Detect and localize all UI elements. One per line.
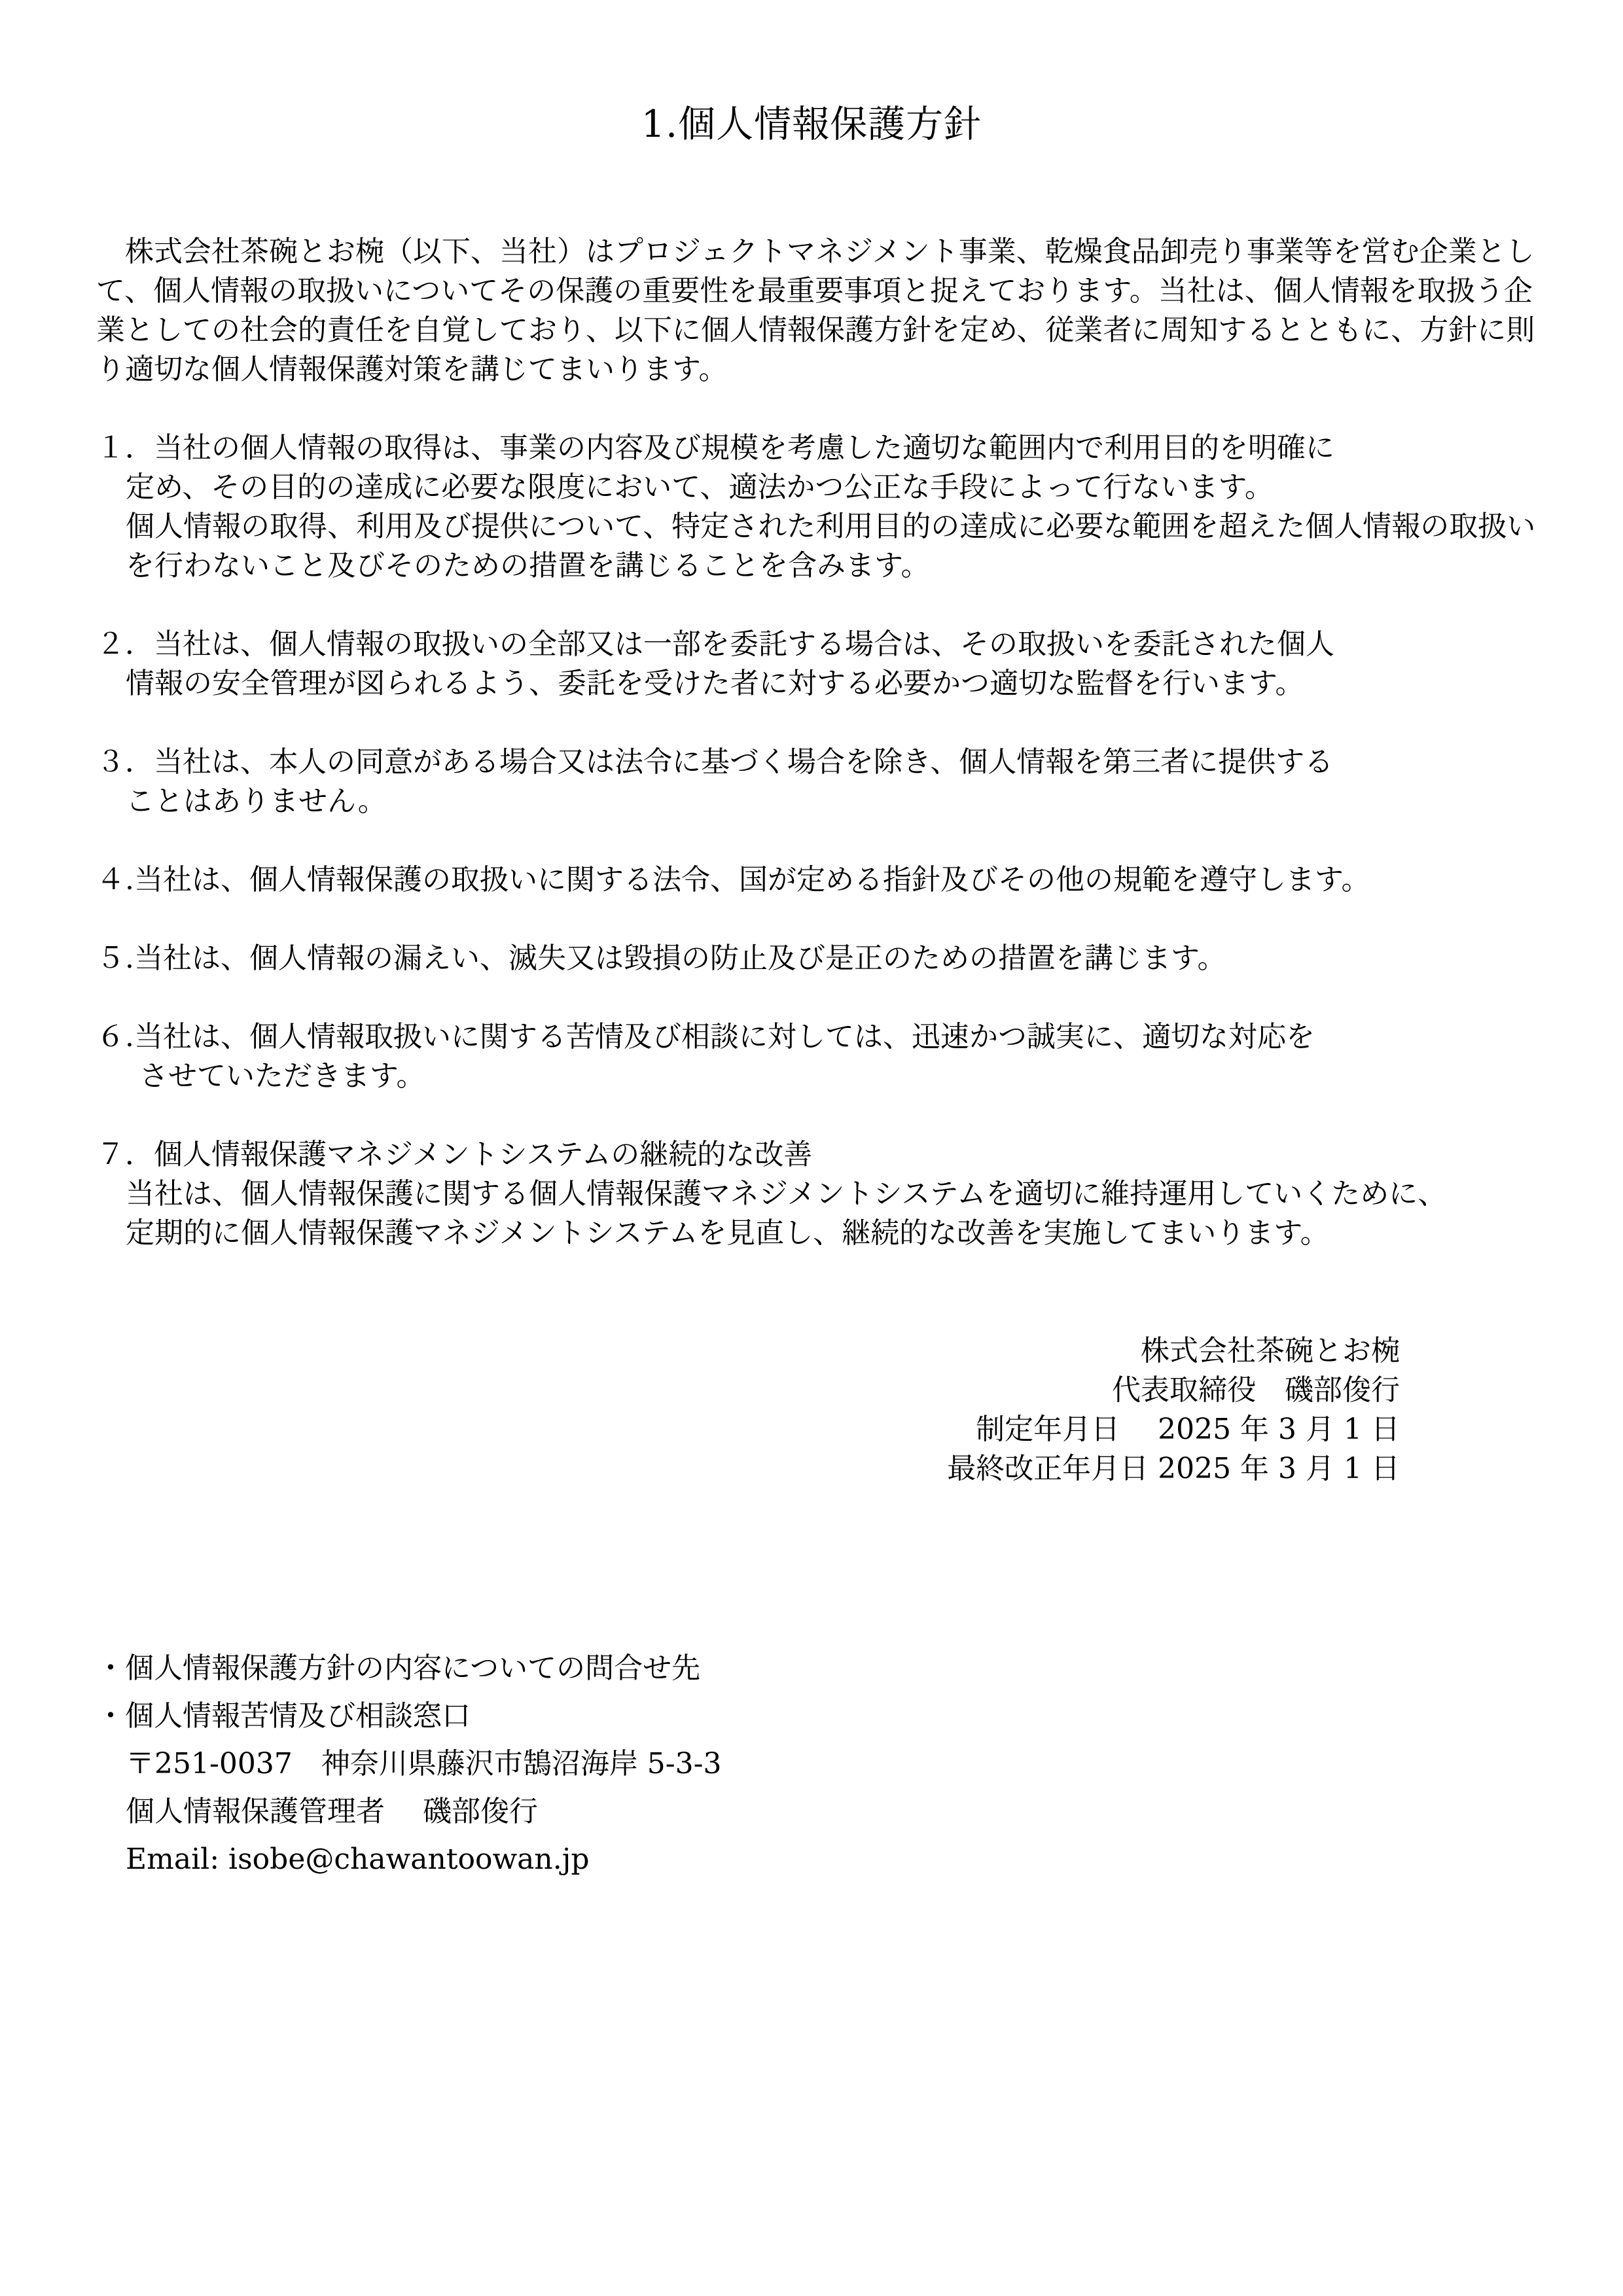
intro-line-1: 株式会社茶碗とお椀（以下、当社）はプロジェクトマネジメント事業、乾燥食品卸売り事… xyxy=(96,232,1538,272)
policy-item-1: １．当社の個人情報の取得は、事業の内容及び規模を考慮した適切な範囲内で利用目的を… xyxy=(96,429,1538,586)
policy-item-2-line-1: ２．当社は、個人情報の取扱いの全部又は一部を委託する場合は、その取扱いを委託され… xyxy=(96,625,1538,664)
policy-item-1-line-1: １．当社の個人情報の取得は、事業の内容及び規模を考慮した適切な範囲内で利用目的を… xyxy=(96,429,1538,468)
contact-section: ・個人情報保護方針の内容についての問合せ先 ・個人情報苦情及び相談窓口 〒251… xyxy=(96,1649,1538,1879)
policy-item-1-line-4: を行わないこと及びそのための措置を講じることを含みます。 xyxy=(96,546,1538,586)
policy-item-7: ７．個人情報保護マネジメントシステムの継続的な改善 当社は、個人情報保護に関する… xyxy=(96,1135,1538,1253)
contact-complaints-bullet: ・個人情報苦情及び相談窓口 xyxy=(96,1697,1538,1736)
policy-item-3-line-1: ３．当社は、本人の同意がある場合又は法令に基づく場合を除き、個人情報を第三者に提… xyxy=(96,743,1538,782)
intro-line-3: 業としての社会的責任を自覚しており、以下に個人情報保護方針を定め、従業者に周知す… xyxy=(96,311,1538,350)
policy-item-1-line-2: 定め、その目的の達成に必要な限度において、適法かつ公正な手段によって行ないます。 xyxy=(96,468,1538,507)
policy-item-5-line-1: ５.当社は、個人情報の漏えい、滅失又は毀損の防止及び是正のための措置を講じます。 xyxy=(96,939,1538,978)
intro-line-4: り適切な個人情報保護対策を講じてまいります。 xyxy=(96,350,1538,389)
policy-item-1-line-3: 個人情報の取得、利用及び提供について、特定された利用目的の達成に必要な範囲を超え… xyxy=(96,507,1538,546)
policy-item-5: ５.当社は、個人情報の漏えい、滅失又は毀損の防止及び是正のための措置を講じます。 xyxy=(96,939,1538,978)
signature-block: 株式会社茶碗とお椀 代表取締役 磯部俊行 制定年月日 2025 年 3 月 1 … xyxy=(96,1332,1538,1489)
last-revised-date: 最終改正年月日 2025 年 3 月 1 日 xyxy=(96,1449,1400,1489)
policy-item-4-line-1: ４.当社は、個人情報保護の取扱いに関する法令、国が定める指針及びその他の規範を遵… xyxy=(96,860,1538,900)
document-title: 1.個人情報保護方針 xyxy=(0,0,1623,147)
contact-inquiry-bullet: ・個人情報保護方針の内容についての問合せ先 xyxy=(96,1649,1538,1688)
privacy-manager: 個人情報保護管理者 磯部俊行 xyxy=(96,1792,1538,1831)
policy-item-7-line-3: 定期的に個人情報保護マネジメントシステムを見直し、継続的な改善を実施してまいりま… xyxy=(96,1214,1538,1253)
policy-item-7-line-2: 当社は、個人情報保護に関する個人情報保護マネジメントシステムを適切に維持運用して… xyxy=(96,1174,1538,1214)
policy-item-6-line-1: ６.当社は、個人情報取扱いに関する苦情及び相談に対しては、迅速かつ誠実に、適切な… xyxy=(96,1017,1538,1057)
contact-email: Email: isobe@chawantoowan.jp xyxy=(96,1840,1538,1879)
intro-paragraph: 株式会社茶碗とお椀（以下、当社）はプロジェクトマネジメント事業、乾燥食品卸売り事… xyxy=(96,232,1538,389)
policy-item-3: ３．当社は、本人の同意がある場合又は法令に基づく場合を除き、個人情報を第三者に提… xyxy=(96,743,1538,821)
intro-line-2: て、個人情報の取扱いについてその保護の重要性を最重要事項と捉えております。当社は… xyxy=(96,272,1538,311)
policy-item-6: ６.当社は、個人情報取扱いに関する苦情及び相談に対しては、迅速かつ誠実に、適切な… xyxy=(96,1017,1538,1096)
policy-item-6-line-2: させていただきます。 xyxy=(96,1057,1538,1096)
representative-name: 代表取締役 磯部俊行 xyxy=(96,1371,1400,1410)
policy-item-4: ４.当社は、個人情報保護の取扱いに関する法令、国が定める指針及びその他の規範を遵… xyxy=(96,860,1538,900)
policy-item-2: ２．当社は、個人情報の取扱いの全部又は一部を委託する場合は、その取扱いを委託され… xyxy=(96,625,1538,703)
established-date: 制定年月日 2025 年 3 月 1 日 xyxy=(96,1410,1400,1449)
document-body: 株式会社茶碗とお椀（以下、当社）はプロジェクトマネジメント事業、乾燥食品卸売り事… xyxy=(0,232,1623,1879)
policy-item-2-line-2: 情報の安全管理が図られるよう、委託を受けた者に対する必要かつ適切な監督を行います… xyxy=(96,664,1538,703)
postal-address: 〒251-0037 神奈川県藤沢市鵠沼海岸 5-3-3 xyxy=(96,1744,1538,1784)
policy-item-7-line-1: ７．個人情報保護マネジメントシステムの継続的な改善 xyxy=(96,1135,1538,1174)
document-page: 1.個人情報保護方針 株式会社茶碗とお椀（以下、当社）はプロジェクトマネジメント… xyxy=(0,0,1623,2296)
company-name: 株式会社茶碗とお椀 xyxy=(96,1332,1400,1371)
policy-item-3-line-2: ことはありません。 xyxy=(96,782,1538,821)
